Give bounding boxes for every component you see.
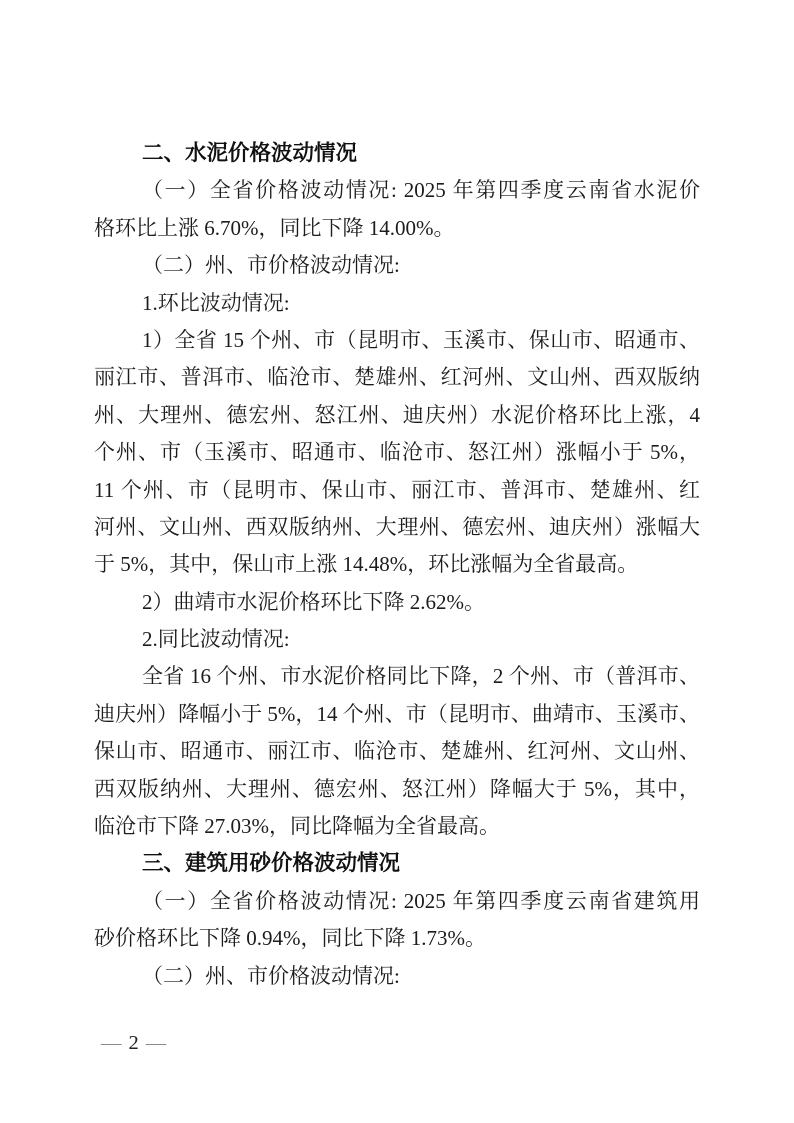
cement-mom-label: 1.环比波动情况: [94, 285, 700, 322]
text-line: 二、水泥价格波动情况 [94, 135, 700, 172]
text-line: （一）全省价格波动情况: 2025 年第四季度云南省建筑用 [94, 883, 700, 920]
cement-yoy-detail: 全省 16 个州、市水泥价格同比下降，2 个州、市（普洱市、迪庆州）降幅小于 5… [94, 658, 700, 845]
text-line: 1.环比波动情况: [94, 285, 700, 322]
document-page: 二、水泥价格波动情况（一）全省价格波动情况: 2025 年第四季度云南省水泥价格… [0, 0, 794, 1123]
text-line: 河州、文山州、西双版纳州、大理州、德宏州、迪庆州）涨幅大 [94, 509, 700, 546]
text-line: 个州、市（玉溪市、昭通市、临沧市、怒江州）涨幅小于 5%， [94, 434, 700, 471]
text-line: 1）全省 15 个州、市（昆明市、玉溪市、保山市、昭通市、 [94, 322, 700, 359]
text-line: 于 5%，其中，保山市上涨 14.48%，环比涨幅为全省最高。 [94, 546, 700, 583]
sand-city-fluctuation-label: （二）州、市价格波动情况: [94, 958, 700, 995]
text-line: （二）州、市价格波动情况: [94, 247, 700, 284]
text-line: （一）全省价格波动情况: 2025 年第四季度云南省水泥价 [94, 172, 700, 209]
text-line: 砂价格环比下降 0.94%，同比下降 1.73%。 [94, 920, 700, 957]
text-line: 11 个州、市（昆明市、保山市、丽江市、普洱市、楚雄州、红 [94, 472, 700, 509]
text-line: 州、大理州、德宏州、怒江州、迪庆州）水泥价格环比上涨，4 [94, 397, 700, 434]
text-line: 2）曲靖市水泥价格环比下降 2.62%。 [94, 584, 700, 621]
sand-province-fluctuation: （一）全省价格波动情况: 2025 年第四季度云南省建筑用砂价格环比下降 0.9… [94, 883, 700, 958]
text-line: 西双版纳州、大理州、德宏州、怒江州）降幅大于 5%，其中， [94, 771, 700, 808]
text-line: 2.同比波动情况: [94, 621, 700, 658]
text-line: 三、建筑用砂价格波动情况 [94, 845, 700, 882]
page-footer: —2— [101, 1025, 166, 1062]
cement-city-fluctuation-label: （二）州、市价格波动情况: [94, 247, 700, 284]
document-body: 二、水泥价格波动情况（一）全省价格波动情况: 2025 年第四季度云南省水泥价格… [94, 135, 700, 995]
section-heading-sand: 三、建筑用砂价格波动情况 [94, 845, 700, 882]
text-line: 全省 16 个州、市水泥价格同比下降，2 个州、市（普洱市、 [94, 658, 700, 695]
text-line: 迪庆州）降幅小于 5%，14 个州、市（昆明市、曲靖市、玉溪市、 [94, 696, 700, 733]
text-line: （二）州、市价格波动情况: [94, 958, 700, 995]
text-line: 丽江市、普洱市、临沧市、楚雄州、红河州、文山州、西双版纳 [94, 359, 700, 396]
text-line: 保山市、昭通市、丽江市、临沧市、楚雄州、红河州、文山州、 [94, 733, 700, 770]
cement-mom-increase: 1）全省 15 个州、市（昆明市、玉溪市、保山市、昭通市、丽江市、普洱市、临沧市… [94, 322, 700, 584]
cement-mom-decrease: 2）曲靖市水泥价格环比下降 2.62%。 [94, 584, 700, 621]
text-line: 临沧市下降 27.03%，同比降幅为全省最高。 [94, 808, 700, 845]
cement-yoy-label: 2.同比波动情况: [94, 621, 700, 658]
footer-page-number: 2 [129, 1032, 139, 1054]
footer-right-dash: — [146, 1032, 167, 1054]
footer-left-dash: — [101, 1032, 122, 1054]
cement-province-fluctuation: （一）全省价格波动情况: 2025 年第四季度云南省水泥价格环比上涨 6.70%… [94, 172, 700, 247]
section-heading-cement: 二、水泥价格波动情况 [94, 135, 700, 172]
text-line: 格环比上涨 6.70%，同比下降 14.00%。 [94, 210, 700, 247]
